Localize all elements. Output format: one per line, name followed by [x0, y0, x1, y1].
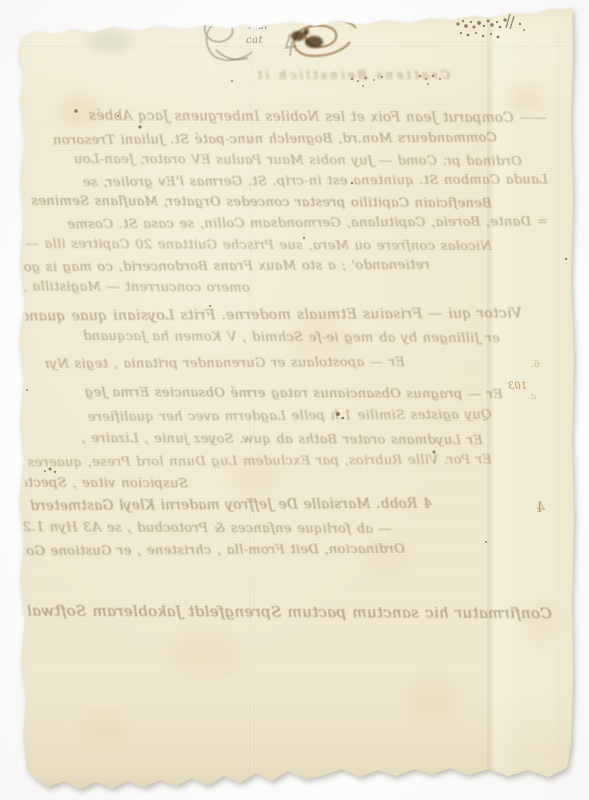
- manuscript-paper: mal cat Crattens Beinstlich it —— Compar…: [0, 0, 589, 800]
- bleedthrough-line: 4 Robb. Marsialle De Jeffroy maderni Kle…: [25, 495, 432, 517]
- corner-inscription-speckles: [456, 13, 525, 38]
- margin-numeral-a: a.: [528, 392, 536, 402]
- margin-numeral-6: 6.: [531, 360, 540, 370]
- bleedthrough-line: Commandeurs Mon.rd, Bognelch nunc-paté S…: [25, 129, 497, 152]
- bleedthrough-line: —— Comparut Jean Foix et les Nobiles Imb…: [55, 107, 547, 130]
- bleedthrough-line: Beneficiain Capitilio prestar concedes O…: [25, 192, 492, 214]
- bleedthrough-line: Er — pragnus Obsancianus ratag ermé Obsa…: [25, 383, 503, 406]
- margin-numeral-103: 103: [508, 381, 527, 392]
- bleedthrough-line: Er Por. Ville Rubrios, par Excludem Lug …: [18, 451, 492, 474]
- bleedthrough-line: Quy agistes Similie 1.h pelle Lagderm av…: [22, 406, 492, 429]
- pencil-note-line1: mal: [248, 21, 268, 32]
- bleedthrough-heading: Crattens Beinstlich it: [160, 68, 450, 88]
- scan-background: mal cat Crattens Beinstlich it —— Compar…: [0, 0, 589, 800]
- bleedthrough-line: Er Luydmans orater Baths ab quw. Soyez j…: [22, 429, 483, 451]
- bleedthrough-line: omero concurrent — Magistilla , agenal'o: [25, 277, 250, 298]
- bleedthrough-line: Suspicion vitae , Spectat —: [25, 474, 188, 495]
- bleedthrough-line: = Dante, Boreia, Capitulana, Germondsam …: [25, 212, 548, 235]
- bleedthrough-line: — ab forlique enfances & Protocbud , se …: [20, 518, 392, 540]
- bleedthrough-line: retienando' ; a sto Maux Frans Bordoncer…: [22, 256, 430, 278]
- bleedthrough-line: Nicolas confrere ou Mera, sue Prische Gu…: [22, 235, 492, 257]
- bleedthrough-line: Er — apostolaus er Gurenander pritania ,…: [45, 353, 405, 375]
- pencil-note-line2: cat: [246, 35, 263, 46]
- bleedthrough-signature-line: Confirmatur hic sanctum pactum Sprengfel…: [28, 599, 552, 628]
- ink-blot-flourish: [291, 19, 356, 56]
- bleedthrough-line: Ordinad pr. Comd — Juy nobis Maur Paulus…: [25, 150, 522, 173]
- bleedthrough-line: er Jillingen by ab meg ie-fe Schmid , V …: [35, 327, 500, 349]
- bleedthrough-line: Victor qui — Frisaius Etmuals moderne. F…: [25, 304, 522, 327]
- bleedthrough-line: Lauda Cambon St. quintena est in-crip. S…: [25, 170, 548, 193]
- bleedthrough-line: Ordinacion, Deit From-lla , christene , …: [25, 540, 405, 562]
